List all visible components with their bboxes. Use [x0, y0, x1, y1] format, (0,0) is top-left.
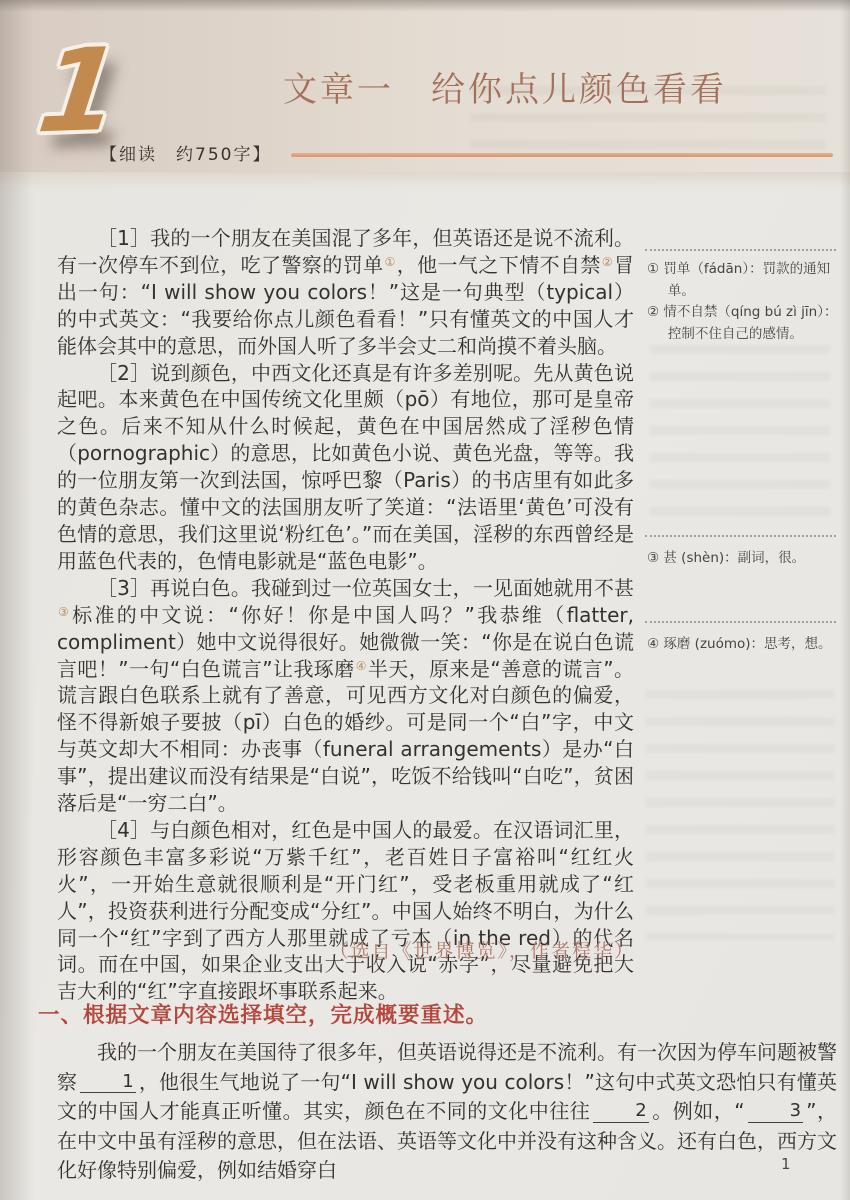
note-marker: ④: [356, 659, 367, 673]
decorative-rule: [291, 153, 833, 157]
vocab-note-3: ③ 甚 (shèn)：副词，很。: [647, 548, 839, 570]
vocab-note-1: ① 罚单（fádān）：罚款的通知单。: [647, 259, 839, 302]
fill-in-blank: 1: [80, 1072, 135, 1094]
fill-in-blank: 2: [593, 1101, 648, 1123]
article-title: 文章一 给你点儿颜色看看: [283, 62, 727, 111]
page-right-edge-shadow: [840, 0, 850, 1200]
vocabulary-notes-group-2: ③ 甚 (shèn)：副词，很。: [647, 548, 839, 570]
book-page: 1 文章一 给你点儿颜色看看 【细读 约750字】 ［1］我的一个朋友在美国混了…: [0, 0, 850, 1200]
summary-retell-paragraph: 我的一个朋友在美国待了很多年，但英语说得还是不流利。有一次因为停车问题被警察1，…: [57, 1038, 837, 1186]
notes-dotted-divider: [645, 249, 836, 251]
exercise-section-heading: 一、根据文章内容选择填空，完成概要重述。: [38, 998, 488, 1029]
vocabulary-notes-group-3: ④ 琢磨 (zuómo)：思考，想。: [647, 634, 839, 656]
article-paragraph-3: ［3］再说白色。我碰到过一位英国女士，一见面她就用不甚③标准的中文说：“你好！你…: [57, 575, 634, 817]
source-attribution: （选自《世界博览》，作者程华）: [57, 936, 635, 963]
article-body: ［1］我的一个朋友在美国混了多年，但英语还是说不流利。有一次停车不到位，吃了警察…: [57, 225, 634, 1005]
vocab-note-2: ② 情不自禁（qíng bú zì jīn）：控制不住自己的感情。: [647, 302, 839, 345]
page-left-edge-shadow: [0, 0, 34, 1200]
notes-dotted-divider: [645, 535, 836, 537]
vocabulary-notes-group-1: ① 罚单（fádān）：罚款的通知单。 ② 情不自禁（qíng bú zì jī…: [647, 259, 839, 345]
fill-in-blank: 3: [748, 1101, 803, 1123]
bleed-through-text: [650, 345, 830, 525]
note-marker: ②: [602, 255, 613, 269]
notes-dotted-divider: [645, 621, 836, 623]
photo-top-edge: [0, 0, 850, 12]
article-paragraph-2: ［2］说到颜色，中西文化还真是有许多差别呢。先从黄色说起吧。本来黄色在中国传统文…: [57, 360, 634, 575]
vocab-note-4: ④ 琢磨 (zuómo)：思考，想。: [647, 634, 839, 656]
article-paragraph-4: ［4］与白颜色相对，红色是中国人的最爱。在汉语词汇里，形容颜色丰富多彩说“万紫千…: [57, 817, 634, 1005]
note-marker: ①: [385, 255, 396, 269]
page-number: 1: [781, 1155, 791, 1173]
bleed-through-text: [645, 690, 835, 940]
article-paragraph-1: ［1］我的一个朋友在美国混了多年，但英语还是说不流利。有一次停车不到位，吃了警察…: [57, 225, 634, 360]
unit-number-badge: 1: [33, 33, 127, 150]
reading-type-label: 【细读 约750字】: [100, 140, 271, 165]
note-marker: ③: [58, 605, 71, 619]
